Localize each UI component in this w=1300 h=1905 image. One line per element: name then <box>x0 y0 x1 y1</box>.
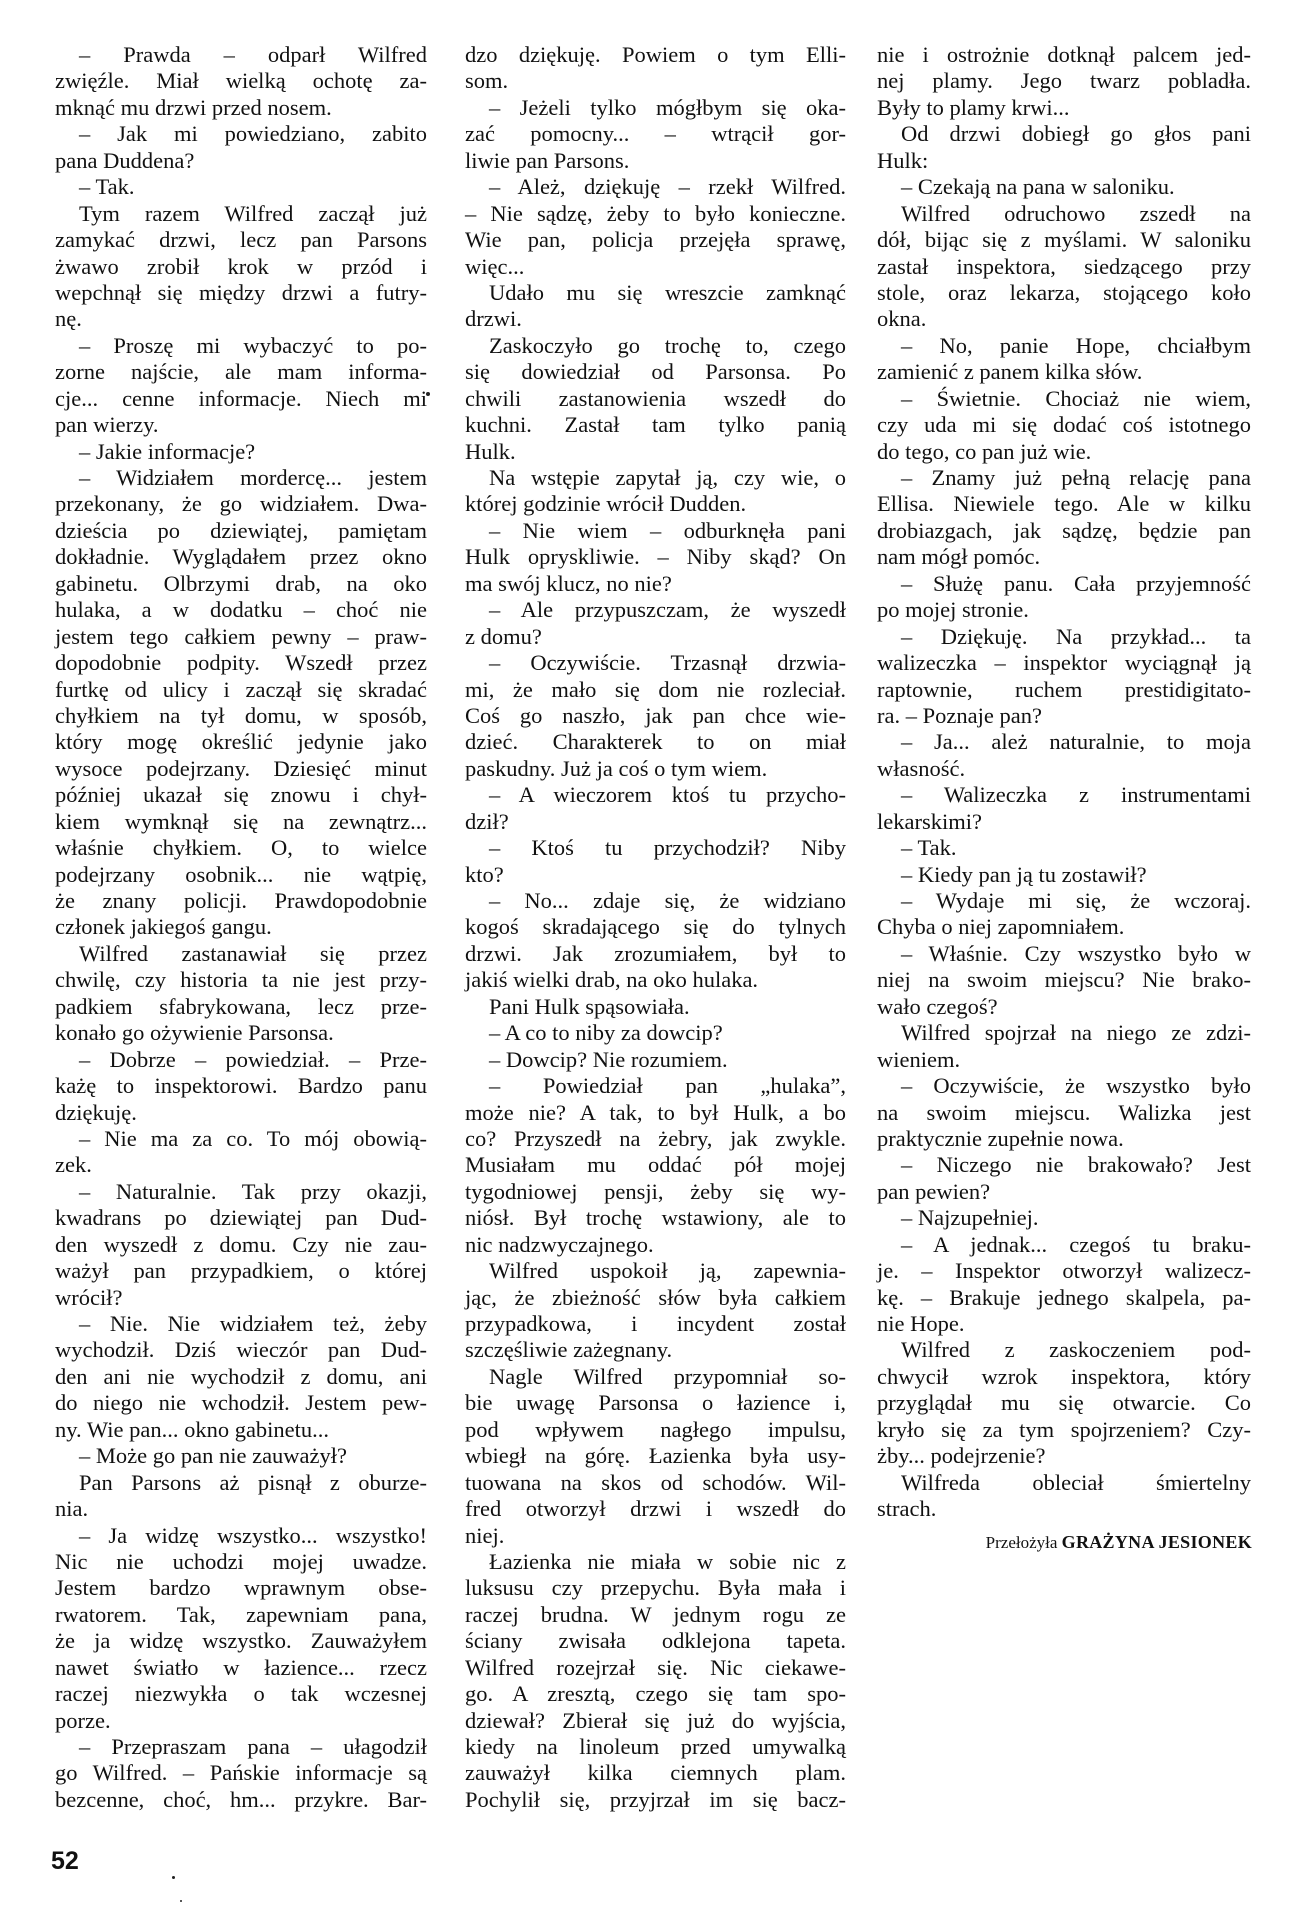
text-line: nawet światło w łazience... rzecz <box>55 1655 427 1681</box>
text-line: Wilfreda obleciał śmiertelny <box>877 1470 1251 1496</box>
text-line: go Wilfred. – Pańskie informacje są <box>55 1760 427 1786</box>
text-line: Nagle Wilfred przypomniał so- <box>465 1364 846 1390</box>
text-line: własność. <box>877 756 1251 782</box>
text-line: – Jakie informacje? <box>55 439 427 465</box>
text-line: do tego, co pan już wie. <box>877 439 1251 465</box>
text-line: – Najzupełniej. <box>877 1205 1251 1231</box>
text-line: po mojej stronie. <box>877 597 1251 623</box>
text-line: nę. <box>55 306 427 332</box>
text-line: kryło się za tym spojrzeniem? Czy- <box>877 1417 1251 1443</box>
text-line: – Widziałem mordercę... jestem <box>55 465 427 491</box>
text-line: – Powiedział pan „hulaka”, <box>465 1073 846 1099</box>
text-line: praktycznie zupełnie nowa. <box>877 1126 1251 1152</box>
text-line: Wilfred z zaskoczeniem pod- <box>877 1337 1251 1363</box>
text-line: Hulk. <box>465 439 846 465</box>
text-line: chwycił wzrok inspektora, który <box>877 1364 1251 1390</box>
text-line: wychodził. Dziś wieczór pan Dud- <box>55 1337 427 1363</box>
text-line: go. A zresztą, czego się tam spo- <box>465 1681 846 1707</box>
scan-speck <box>172 1876 175 1879</box>
text-line: zastał inspektora, siedzącego przy <box>877 254 1251 280</box>
text-line: – No... zdaje się, że widziano <box>465 888 846 914</box>
text-line: że ja widzę wszystko. Zauważyłem <box>55 1628 427 1654</box>
text-line: – Niczego nie brakowało? Jest <box>877 1152 1251 1178</box>
text-line: chwilę, czy historia ta nie jest przy- <box>55 967 427 993</box>
text-line: – Oczywiście. Trzasnął drzwia- <box>465 650 846 676</box>
text-line: Jestem bardzo wprawnym obse- <box>55 1575 427 1601</box>
text-line: drzwi. <box>465 306 846 332</box>
text-line: żwawo zrobił krok w przód i <box>55 254 427 280</box>
text-line: strach. <box>877 1496 1251 1522</box>
text-line: stole, oraz lekarza, stojącego koło <box>877 280 1251 306</box>
text-line: się dowiedział od Parsonsa. Po <box>465 359 846 385</box>
text-column-left: – Prawda – odparł Wilfredzwięźle. Miał w… <box>55 42 427 1813</box>
text-line: dził? <box>465 809 846 835</box>
text-line: przyglądał mu się otwarcie. Co <box>877 1390 1251 1416</box>
text-line: chyłkiem na tył domu, w sposób, <box>55 703 427 729</box>
text-line: – Nie ma za co. To mój obowią- <box>55 1126 427 1152</box>
text-line: – Ktoś tu przychodził? Niby <box>465 835 846 861</box>
text-line: kiedy na linoleum przed umywalką <box>465 1734 846 1760</box>
page-number: 52 <box>51 1847 79 1876</box>
text-line: nie i ostrożnie dotknął palcem jed- <box>877 42 1251 68</box>
text-line: – Kiedy pan ją tu zostawił? <box>877 862 1251 888</box>
text-column-right: nie i ostrożnie dotknął palcem jed-nej p… <box>877 42 1251 1523</box>
text-line: Pan Parsons aż pisnął z oburze- <box>55 1470 427 1496</box>
text-line: nam mógł pomóc. <box>877 544 1251 570</box>
text-line: więc... <box>465 254 846 280</box>
translator-name: GRAŻYNA JESIONEK <box>1062 1532 1252 1552</box>
text-line: – Walizeczka z instrumentami <box>877 782 1251 808</box>
text-line: nie Hope. <box>877 1311 1251 1337</box>
text-line: padkiem sfabrykowana, lecz prze- <box>55 994 427 1020</box>
text-line: – Czekają na pana w saloniku. <box>877 174 1251 200</box>
text-line: żby... podejrzenie? <box>877 1443 1251 1469</box>
text-line: den ani nie wychodził z domu, ani <box>55 1364 427 1390</box>
text-line: pana Duddena? <box>55 148 427 174</box>
text-line: zać pomocny... – wtrącił gor- <box>465 121 846 147</box>
text-line: – Tak. <box>55 174 427 200</box>
text-line: raczej niezwykła o tak wczesnej <box>55 1681 427 1707</box>
translator-credit: Przełożyła GRAŻYNA JESIONEK <box>932 1532 1252 1553</box>
text-line: tygodniowej pensji, żeby się wy- <box>465 1179 846 1205</box>
text-line: mknąć mu drzwi przed nosem. <box>55 95 427 121</box>
text-line: pan pewien? <box>877 1179 1251 1205</box>
text-line: dziewał? Zbierał się już do wyjścia, <box>465 1708 846 1734</box>
text-line: do niego nie wchodził. Jestem pew- <box>55 1390 427 1416</box>
text-line: – Nie wiem – odburknęła pani <box>465 518 846 544</box>
text-line: zamykać drzwi, lecz pan Parsons <box>55 227 427 253</box>
text-line: Wilfred rozejrzał się. Nic ciekawe- <box>465 1655 846 1681</box>
text-line: rwatorem. Tak, zapewniam pana, <box>55 1602 427 1628</box>
text-line: później ukazał się znowu i chył- <box>55 782 427 808</box>
text-line: dzieścia po dziewiątej, pamiętam <box>55 518 427 544</box>
text-line: gabinetu. Olbrzymi drab, na oko <box>55 571 427 597</box>
text-line: – Ale przypuszczam, że wyszedł <box>465 597 846 623</box>
credit-label: Przełożyła <box>986 1533 1058 1552</box>
text-line: jestem tego całkiem pewny – praw- <box>55 624 427 650</box>
text-line: furtkę od ulicy i zaczął się skradać <box>55 677 427 703</box>
text-line: wieniem. <box>877 1047 1251 1073</box>
text-line: pod wpływem nagłego impulsu, <box>465 1417 846 1443</box>
text-line: den wyszedł z domu. Czy nie zau- <box>55 1232 427 1258</box>
text-line: Łazienka nie miała w sobie nic z <box>465 1549 846 1575</box>
text-line: Zaskoczyło go trochę to, czego <box>465 333 846 359</box>
text-line: kę. – Brakuje jednego skalpela, pa- <box>877 1285 1251 1311</box>
text-line: Hulk opryskliwie. – Niby skąd? On <box>465 544 846 570</box>
scan-speck <box>426 392 430 396</box>
text-line: przekonany, że go widziałem. Dwa- <box>55 491 427 517</box>
text-line: – No, panie Hope, chciałbym <box>877 333 1251 359</box>
text-line: może nie? A tak, to był Hulk, a bo <box>465 1100 846 1126</box>
text-line: fred otworzył drzwi i wszedł do <box>465 1496 846 1522</box>
text-line: cje... cenne informacje. Niech mi <box>55 386 427 412</box>
text-line: Wilfred spojrzał na niego ze zdzi- <box>877 1020 1251 1046</box>
text-line: som. <box>465 68 846 94</box>
text-line: Ellisa. Niewiele tego. Ale w kilku <box>877 491 1251 517</box>
text-line: ściany zwisała odklejona tapeta. <box>465 1628 846 1654</box>
text-line: co? Przyszedł na żebry, jak zwykle. <box>465 1126 846 1152</box>
text-line: – Znamy już pełną relację pana <box>877 465 1251 491</box>
magazine-page: – Prawda – odparł Wilfredzwięźle. Miał w… <box>0 0 1300 1905</box>
text-line: – Dziękuję. Na przykład... ta <box>877 624 1251 650</box>
text-line: dziękuję. <box>55 1100 427 1126</box>
text-line: Tym razem Wilfred zaczął już <box>55 201 427 227</box>
text-line: bezcenne, choć, hm... przykre. Bar- <box>55 1787 427 1813</box>
text-line: każę to inspektorowi. Bardzo panu <box>55 1073 427 1099</box>
text-line: wepchnął się między drzwi a futry- <box>55 280 427 306</box>
text-line: – Jeżeli tylko mógłbym się oka- <box>465 95 846 121</box>
text-line: Wie pan, policja przejęła sprawę, <box>465 227 846 253</box>
text-line: – Ja widzę wszystko... wszystko! <box>55 1523 427 1549</box>
text-line: – Przepraszam pana – ułagodził <box>55 1734 427 1760</box>
text-line: niej. <box>465 1523 846 1549</box>
text-line: – A jednak... czegoś tu braku- <box>877 1232 1251 1258</box>
text-line: jakiś wielki drab, na oko hulaka. <box>465 967 846 993</box>
text-line: konało go ożywienie Parsonsa. <box>55 1020 427 1046</box>
text-line: że znany policji. Prawdopodobnie <box>55 888 427 914</box>
text-line: nej plamy. Jego twarz pobladła. <box>877 68 1251 94</box>
text-line: – Tak. <box>877 835 1251 861</box>
text-line: paskudny. Już ja coś o tym wiem. <box>465 756 846 782</box>
text-line: tuowana na skos od schodów. Wil- <box>465 1470 846 1496</box>
text-line: porze. <box>55 1708 427 1734</box>
text-line: chwili zastanowienia wszedł do <box>465 386 846 412</box>
text-line: nia. <box>55 1496 427 1522</box>
scan-speck <box>180 1900 182 1902</box>
text-line: – Jak mi powiedziano, zabito <box>55 121 427 147</box>
text-line: członek jakiegoś gangu. <box>55 914 427 940</box>
text-line: wało czegoś? <box>877 994 1251 1020</box>
text-line: zamienić z panem kilka słów. <box>877 359 1251 385</box>
text-line: Pochylił się, przyjrzał im się bacz- <box>465 1787 846 1813</box>
text-line: ny. Wie pan... okno gabinetu... <box>55 1417 427 1443</box>
text-line: – Ja... ależ naturalnie, to moja <box>877 729 1251 755</box>
text-line: je. – Inspektor otworzył walizecz- <box>877 1258 1251 1284</box>
text-line: Pani Hulk spąsowiała. <box>465 994 846 1020</box>
text-line: – Wydaje mi się, że wczoraj. <box>877 888 1251 914</box>
text-line: drobiazgach, jak sądzę, będzie pan <box>877 518 1251 544</box>
text-line: Coś go naszło, jak pan chce wie- <box>465 703 846 729</box>
text-line: Hulk: <box>877 148 1251 174</box>
text-line: pan wierzy. <box>55 412 427 438</box>
text-line: – Może go pan nie zauważył? <box>55 1443 427 1469</box>
text-line: – Oczywiście, że wszystko było <box>877 1073 1251 1099</box>
text-line: Chyba o niej zapomniałem. <box>877 914 1251 940</box>
text-line: z domu? <box>465 624 846 650</box>
text-line: Wilfred zastanawiał się przez <box>55 941 427 967</box>
text-line: dzo dziękuję. Powiem o tym Elli- <box>465 42 846 68</box>
text-column-middle: dzo dziękuję. Powiem o tym Elli-som.– Je… <box>465 42 846 1813</box>
text-line: nic nadzwyczajnego. <box>465 1232 846 1258</box>
text-line: kogoś skradającego się do tylnych <box>465 914 846 940</box>
text-line: Były to plamy krwi... <box>877 95 1251 121</box>
text-line: dopodobnie podpity. Wszedł przez <box>55 650 427 676</box>
text-line: dokładnie. Wyglądałem przez okno <box>55 544 427 570</box>
text-line: – Naturalnie. Tak przy okazji, <box>55 1179 427 1205</box>
text-line: Wilfred odruchowo zszedł na <box>877 201 1251 227</box>
text-line: walizeczka – inspektor wyciągnął ją <box>877 650 1251 676</box>
text-line: ma swój klucz, no nie? <box>465 571 846 597</box>
text-line: Nic nie uchodzi mojej uwadze. <box>55 1549 427 1575</box>
text-line: – A wieczorem ktoś tu przycho- <box>465 782 846 808</box>
text-line: szczęśliwie zażegnany. <box>465 1337 846 1363</box>
text-line: – Proszę mi wybaczyć to po- <box>55 333 427 359</box>
text-line: ważył pan przypadkiem, o której <box>55 1258 427 1284</box>
text-line: zek. <box>55 1152 427 1178</box>
text-line: – Dowcip? Nie rozumiem. <box>465 1047 846 1073</box>
text-line: dzieć. Charakterek to on miał <box>465 729 846 755</box>
text-line: – Prawda – odparł Wilfred <box>55 42 427 68</box>
text-line: kwadrans po dziewiątej pan Dud- <box>55 1205 427 1231</box>
text-line: wrócił? <box>55 1285 427 1311</box>
text-line: lekarskimi? <box>877 809 1251 835</box>
text-line: zorne najście, ale mam informa- <box>55 359 427 385</box>
text-line: Udało mu się wreszcie zamknąć <box>465 280 846 306</box>
text-line: Od drzwi dobiegł go głos pani <box>877 121 1251 147</box>
text-line: – Ależ, dziękuję – rzekł Wilfred. <box>465 174 846 200</box>
text-line: wbiegł na górę. Łazienka była usy- <box>465 1443 846 1469</box>
text-line: której godzinie wrócił Dudden. <box>465 491 846 517</box>
text-line: – Świetnie. Chociaż nie wiem, <box>877 386 1251 412</box>
text-line: – Nie. Nie widziałem też, żeby <box>55 1311 427 1337</box>
text-line: kiem wymknął się na zewnątrz... <box>55 809 427 835</box>
text-line: podejrzany osobnik... nie wątpię, <box>55 862 427 888</box>
text-line: – A co to niby za dowcip? <box>465 1020 846 1046</box>
text-line: przypadkowa, i incydent został <box>465 1311 846 1337</box>
text-line: liwie pan Parsons. <box>465 148 846 174</box>
text-line: na swoim miejscu. Walizka jest <box>877 1100 1251 1126</box>
text-line: zauważył kilka ciemnych plam. <box>465 1760 846 1786</box>
text-line: Wilfred uspokoił ją, zapewnia- <box>465 1258 846 1284</box>
text-line: bie uwagę Parsonsa o łazience i, <box>465 1390 846 1416</box>
text-line: – Nie sądzę, żeby to było konieczne. <box>465 201 846 227</box>
text-line: ra. – Poznaje pan? <box>877 703 1251 729</box>
text-line: hulaka, a w dodatku – choć nie <box>55 597 427 623</box>
text-line: jąc, że zbieżność słów była całkiem <box>465 1285 846 1311</box>
text-line: wysoce podejrzany. Dziesięć minut <box>55 756 427 782</box>
text-line: kto? <box>465 862 846 888</box>
text-line: – Służę panu. Cała przyjemność <box>877 571 1251 597</box>
text-line: niej na swoim miejscu? Nie brako- <box>877 967 1251 993</box>
text-line: właśnie chyłkiem. O, to wielce <box>55 835 427 861</box>
text-line: Musiałam mu oddać pół mojej <box>465 1152 846 1178</box>
text-line: raczej brudna. W jednym rogu ze <box>465 1602 846 1628</box>
text-line: drzwi. Jak zrozumiałem, był to <box>465 941 846 967</box>
text-line: zwięźle. Miał wielką ochotę za- <box>55 68 427 94</box>
text-line: dół, bijąc się z myślami. W saloniku <box>877 227 1251 253</box>
text-line: mi, że mało się dom nie rozleciał. <box>465 677 846 703</box>
text-line: kuchni. Zastał tam tylko panią <box>465 412 846 438</box>
text-line: Na wstępie zapytał ją, czy wie, o <box>465 465 846 491</box>
text-line: – Właśnie. Czy wszystko było w <box>877 941 1251 967</box>
text-line: czy uda mi się dodać coś istotnego <box>877 412 1251 438</box>
text-line: raptownie, ruchem prestidigitato- <box>877 677 1251 703</box>
text-line: niósł. Był trochę wstawiony, ale to <box>465 1205 846 1231</box>
text-line: – Dobrze – powiedział. – Prze- <box>55 1047 427 1073</box>
text-line: który mogę określić jedynie jako <box>55 729 427 755</box>
text-line: okna. <box>877 306 1251 332</box>
text-line: luksusu czy przepychu. Była mała i <box>465 1575 846 1601</box>
